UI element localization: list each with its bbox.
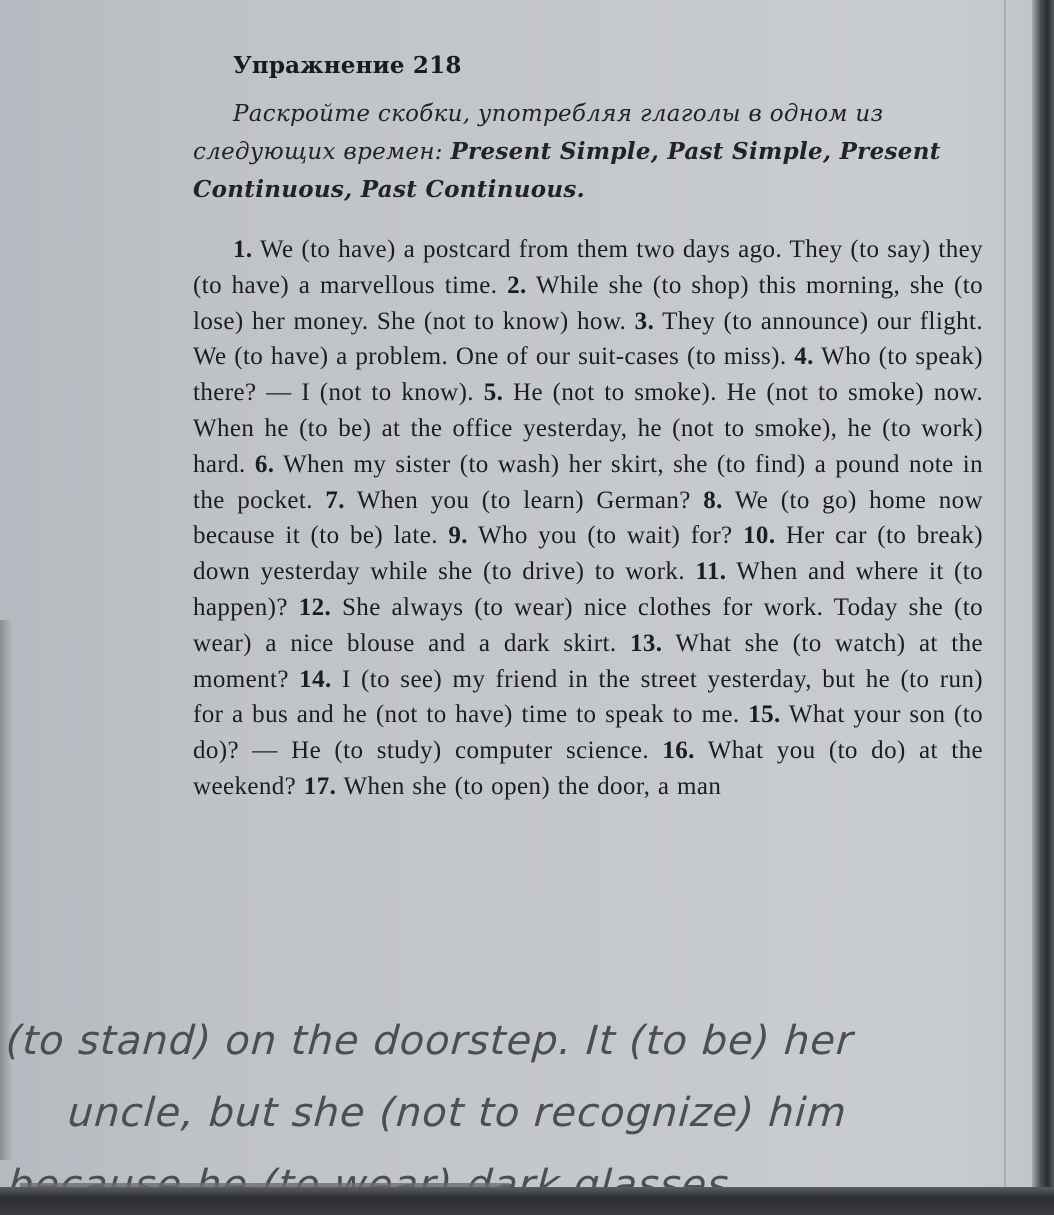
handwritten-text: uncle, but she (not to recognize) him — [65, 1077, 849, 1149]
sentence-number: 14. — [299, 666, 331, 693]
sentence-text: Who you (to wait) for? — [468, 522, 743, 549]
sentence-number: 8. — [703, 487, 723, 514]
exercise-content: Упражнение 218 Раскройте скобки, употреб… — [193, 52, 983, 830]
sentence-number: 11. — [695, 558, 726, 585]
sentence-number: 1. — [233, 236, 253, 263]
sentence-number: 2. — [507, 272, 527, 299]
exercise-title: Упражнение 218 — [233, 52, 983, 79]
exercise-instructions: Раскройте скобки, употребляя глаголы в о… — [193, 95, 983, 209]
sentence-number: 9. — [448, 522, 468, 549]
handwritten-text: (to stand) on the doorstep. It (to be) h… — [3, 1005, 856, 1077]
handwritten-line: uncle, but she (not to recognize) him — [0, 1077, 1030, 1149]
page-bottom-edge — [0, 1187, 1054, 1215]
sentence-number: 3. — [635, 308, 655, 335]
handwritten-line: (to stand) on the doorstep. It (to be) h… — [0, 1005, 1030, 1077]
sentence-text: When she (to open) the door, a man — [336, 773, 721, 800]
sentence-number: 6. — [255, 451, 275, 478]
sentence-number: 7. — [325, 487, 345, 514]
sentence-number: 15. — [748, 701, 780, 728]
page-right-edge — [1032, 0, 1054, 1215]
sentence-number: 12. — [299, 594, 331, 621]
sentence-text: When you (to learn) German? — [345, 487, 703, 514]
exercise-body: 1. We (to have) a postcard from them two… — [193, 232, 983, 805]
sentence-number: 10. — [743, 522, 775, 549]
sentence-number: 17. — [304, 773, 336, 800]
textbook-page-photo: Упражнение 218 Раскройте скобки, употреб… — [0, 0, 1054, 1215]
sentence-number: 5. — [484, 379, 504, 406]
sentence-number: 16. — [662, 737, 694, 764]
sentence-number: 13. — [630, 630, 662, 657]
sentence-number: 4. — [794, 343, 814, 370]
